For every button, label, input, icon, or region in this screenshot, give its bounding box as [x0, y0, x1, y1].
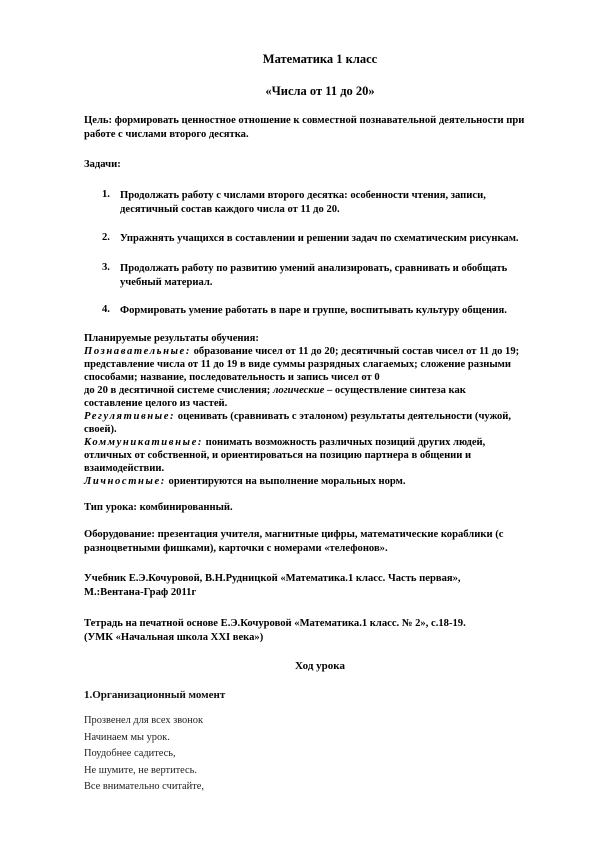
communicative-line-2: отличных от собственной, и ориентировать…: [84, 449, 471, 463]
document-page: Математика 1 класс «Числа от 11 до 20» Ц…: [0, 0, 595, 842]
cognitive-text: образование чисел от 11 до 20; десятичны…: [191, 346, 519, 357]
task-3-number: 3.: [102, 262, 110, 273]
poem-line-4: Не шумите, не вертитесь.: [84, 763, 197, 780]
results-label: Планируемые результаты обучения:: [84, 332, 259, 346]
equipment-label: Оборудование:: [84, 529, 155, 540]
task-3-line-2: учебный материал.: [120, 276, 212, 290]
textbook-label: Учебник: [84, 573, 126, 584]
workbook-line-2: (УМК «Начальная школа XXI века»): [84, 631, 263, 645]
lesson-type-value: комбинированный.: [137, 502, 233, 513]
workbook-line-1: Тетрадь на печатной основе Е.Э.Кочуровой…: [84, 617, 466, 631]
regulatory-line-1: Регулятивные: оценивать (сравнивать с эт…: [84, 410, 511, 424]
cognitive-text-4b: – осуществление синтеза как: [324, 385, 466, 396]
tasks-label: Задачи:: [84, 158, 121, 172]
lesson-flow-heading: Ход урока: [0, 660, 595, 672]
document-title: Математика 1 класс: [0, 52, 595, 67]
section-organizational-moment: 1.Организационный момент: [84, 689, 225, 701]
poem-line-3: Поудобнее садитесь,: [84, 746, 176, 763]
personal-line-1: Личностные: ориентируются на выполнение …: [84, 475, 406, 489]
cognitive-line-3: способами; название, последовательность …: [84, 371, 380, 385]
equipment-text: презентация учителя, магнитные цифры, ма…: [155, 529, 504, 540]
task-1-number: 1.: [102, 189, 110, 200]
task-4-number: 4.: [102, 304, 110, 315]
task-4-line-1: Формировать умение работать в паре и гру…: [120, 304, 507, 318]
task-1-line-1: Продолжать работу с числами второго деся…: [120, 189, 486, 203]
regulatory-label: Регулятивные:: [84, 411, 175, 422]
communicative-line-1: Коммуникативные: понимать возможность ра…: [84, 436, 485, 450]
cognitive-text-4a: до 20 в десятичной системе счисления;: [84, 385, 273, 396]
cognitive-line-1: Познавательные: образование чисел от 11 …: [84, 345, 519, 359]
communicative-label: Коммуникативные:: [84, 437, 203, 448]
workbook-text: Е.Э.Кочуровой «Математика.1 класс. № 2»,…: [218, 618, 466, 629]
cognitive-label: Познавательные:: [84, 346, 191, 357]
equipment-line-1: Оборудование: презентация учителя, магни…: [84, 528, 503, 542]
regulatory-line-2: своей).: [84, 423, 117, 437]
workbook-label: Тетрадь на печатной основе: [84, 618, 218, 629]
textbook-text: Е.Э.Кочуровой, В.Н.Рудницкой «Математика…: [126, 573, 461, 584]
poem-line-2: Начинаем мы урок.: [84, 730, 170, 747]
equipment-line-2: разноцветными фишками), карточки с номер…: [84, 542, 388, 556]
regulatory-text: оценивать (сравнивать с эталоном) резуль…: [175, 411, 511, 422]
poem-line-5: Все внимательно считайте,: [84, 779, 204, 796]
goal-text: формировать ценностное отношение к совме…: [112, 115, 524, 126]
personal-label: Личностные:: [84, 476, 166, 487]
communicative-line-3: взаимодействии.: [84, 462, 164, 476]
task-1-line-2: десятичный состав каждого числа от 11 до…: [120, 203, 340, 217]
goal-label: Цель:: [84, 115, 112, 126]
cognitive-line-4: до 20 в десятичной системе счисления; ло…: [84, 384, 466, 398]
task-2-number: 2.: [102, 232, 110, 243]
textbook-line-2: М.:Вентана-Граф 2011г: [84, 586, 196, 600]
personal-text: ориентируются на выполнение моральных но…: [166, 476, 406, 487]
cognitive-line-2: представление числа от 11 до 19 в виде с…: [84, 358, 511, 372]
textbook-line-1: Учебник Е.Э.Кочуровой, В.Н.Рудницкой «Ма…: [84, 572, 461, 586]
task-3-line-1: Продолжать работу по развитию умений ана…: [120, 262, 507, 276]
logical-label: логические: [273, 385, 324, 396]
lesson-type: Тип урока: комбинированный.: [84, 501, 233, 515]
document-subtitle: «Числа от 11 до 20»: [0, 84, 595, 99]
task-2-line-1: Упражнять учащихся в составлении и решен…: [120, 232, 519, 246]
goal-line-1: Цель: формировать ценностное отношение к…: [84, 114, 524, 128]
cognitive-line-5: составление целого из частей.: [84, 397, 227, 411]
lesson-type-label: Тип урока:: [84, 502, 137, 513]
communicative-text: понимать возможность различных позиций д…: [203, 437, 485, 448]
goal-line-2: работе с числами второго десятка.: [84, 128, 249, 142]
poem-line-1: Прозвенел для всех звонок: [84, 713, 203, 730]
